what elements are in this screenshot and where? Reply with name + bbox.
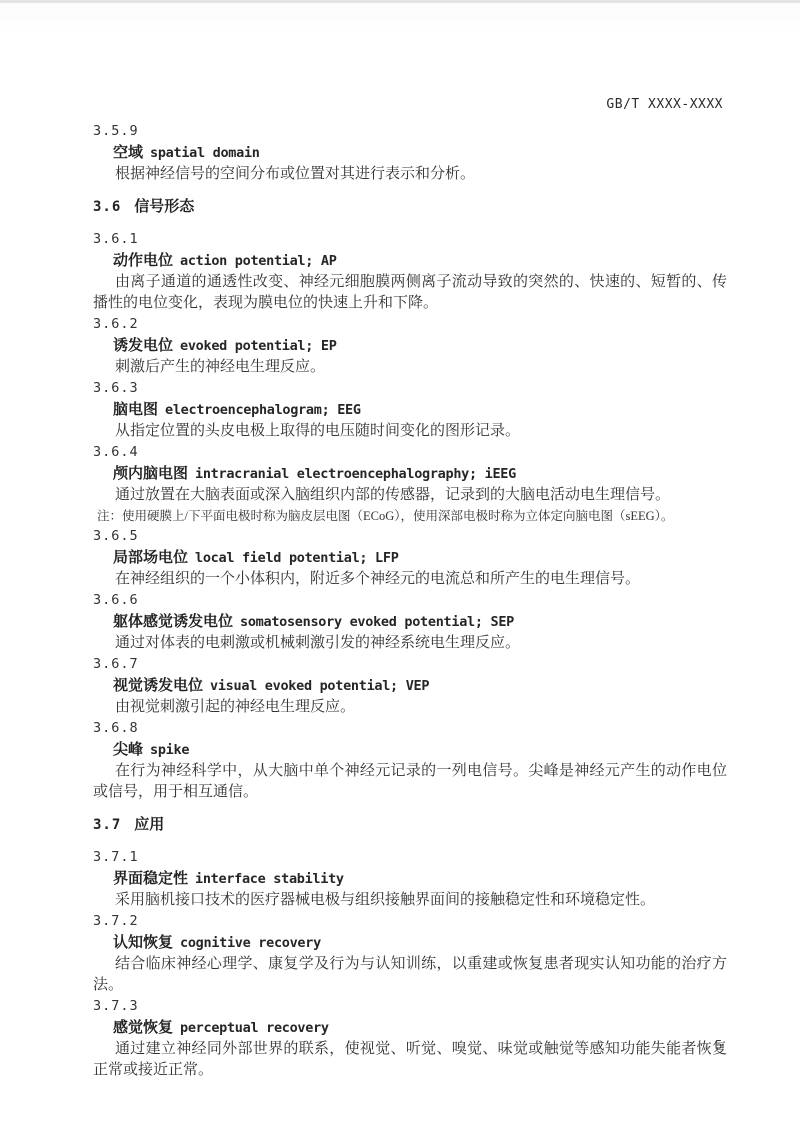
term-entry: 3.6.2 诱发电位evoked potential; EP 刺激后产生的神经电… (93, 314, 727, 378)
clause-number: 3.7.3 (93, 996, 727, 1017)
term-english: perceptual recovery (180, 1020, 329, 1036)
term-line: 感觉恢复perceptual recovery (93, 1017, 727, 1039)
term-chinese: 诱发电位 (113, 337, 173, 354)
clause-number: 3.6.1 (93, 229, 727, 250)
term-chinese: 局部场电位 (113, 549, 188, 566)
group-heading: 3.6信号形态 (93, 196, 727, 218)
term-chinese: 认知恢复 (113, 934, 173, 951)
group-heading-number: 3.7 (93, 817, 121, 833)
term-line: 脑电图electroencephalogram; EEG (93, 399, 727, 421)
term-line: 动作电位action potential; AP (93, 250, 727, 272)
term-entry: 3.6.1 动作电位action potential; AP 由离子通道的通透性… (93, 229, 727, 314)
term-entry: 3.6.7 视觉诱发电位visual evoked potential; VEP… (93, 654, 727, 718)
group-heading: 3.7应用 (93, 814, 727, 836)
clause-number: 3.7.2 (93, 911, 727, 932)
term-chinese: 感觉恢复 (113, 1019, 173, 1036)
term-line: 诱发电位evoked potential; EP (93, 335, 727, 357)
term-definition: 由视觉刺激引起的神经电生理反应。 (93, 697, 727, 718)
page-number: 5 (715, 1037, 722, 1053)
term-chinese: 脑电图 (113, 401, 158, 418)
term-definition: 在神经组织的一个小体积内，附近多个神经元的电流总和所产生的电生理信号。 (93, 569, 727, 590)
term-entry: 3.7.3 感觉恢复perceptual recovery 通过建立神经同外部世… (93, 996, 727, 1081)
clause-number: 3.6.2 (93, 314, 727, 335)
term-english: electroencephalogram; EEG (165, 402, 361, 418)
term-line: 尖峰spike (93, 739, 727, 761)
term-entry: 3.6.8 尖峰spike 在行为神经科学中，从大脑中单个神经元记录的一列电信号… (93, 718, 727, 803)
term-entry: 3.6.5 局部场电位local field potential; LFP 在神… (93, 526, 727, 590)
clause-number: 3.6.8 (93, 718, 727, 739)
group-heading-number: 3.6 (93, 199, 121, 215)
term-line: 空域spatial domain (93, 142, 727, 164)
term-chinese: 躯体感觉诱发电位 (113, 613, 233, 630)
term-chinese: 空域 (113, 144, 143, 161)
term-entry: 3.6.4 颅内脑电图intracranial electroencephalo… (93, 442, 727, 526)
term-english: somatosensory evoked potential; SEP (240, 614, 514, 630)
document-page: GB/T XXXX-XXXX 3.5.9 空域spatial domain 根据… (0, 0, 800, 1131)
terminology-content: 3.5.9 空域spatial domain 根据神经信号的空间分布或位置对其进… (93, 121, 727, 1081)
term-english: evoked potential; EP (180, 338, 337, 354)
clause-number: 3.7.1 (93, 847, 727, 868)
term-note: 注：使用硬膜上/下平面电极时称为脑皮层电图（ECoG），使用深部电极时称为立体定… (93, 506, 727, 526)
term-chinese: 界面稳定性 (113, 870, 188, 887)
term-chinese: 尖峰 (113, 741, 143, 758)
term-chinese: 动作电位 (113, 252, 173, 269)
term-english: spike (150, 742, 189, 758)
term-definition: 从指定位置的头皮电极上取得的电压随时间变化的图形记录。 (93, 421, 727, 442)
term-english: spatial domain (150, 145, 260, 161)
term-english: action potential; AP (180, 253, 337, 269)
term-english: visual evoked potential; VEP (210, 678, 429, 694)
term-definition: 通过对体表的电刺激或机械刺激引发的神经系统电生理反应。 (93, 633, 727, 654)
term-definition: 由离子通道的通透性改变、神经元细胞膜两侧离子流动导致的突然的、快速的、短暂的、传… (93, 272, 727, 314)
term-definition: 通过建立神经同外部世界的联系，使视觉、听觉、嗅觉、味觉或触觉等感知功能失能者恢复… (93, 1039, 727, 1081)
term-line: 认知恢复cognitive recovery (93, 932, 727, 954)
term-line: 界面稳定性interface stability (93, 868, 727, 890)
term-line: 视觉诱发电位visual evoked potential; VEP (93, 675, 727, 697)
term-entry: 3.6.6 躯体感觉诱发电位somatosensory evoked poten… (93, 590, 727, 654)
group-heading-title: 信号形态 (134, 198, 194, 215)
clause-number: 3.6.3 (93, 378, 727, 399)
term-definition: 根据神经信号的空间分布或位置对其进行表示和分析。 (93, 164, 727, 185)
term-line: 躯体感觉诱发电位somatosensory evoked potential; … (93, 611, 727, 633)
clause-number: 3.6.4 (93, 442, 727, 463)
term-definition: 结合临床神经心理学、康复学及行为与认知训练，以重建或恢复患者现实认知功能的治疗方… (93, 954, 727, 996)
term-definition: 在行为神经科学中，从大脑中单个神经元记录的一列电信号。尖峰是神经元产生的动作电位… (93, 761, 727, 803)
clause-number: 3.6.5 (93, 526, 727, 547)
group-heading-title: 应用 (134, 816, 164, 833)
clause-number: 3.6.7 (93, 654, 727, 675)
term-english: interface stability (195, 871, 344, 887)
term-line: 局部场电位local field potential; LFP (93, 547, 727, 569)
term-chinese: 颅内脑电图 (113, 465, 188, 482)
term-entry: 3.6.3 脑电图electroencephalogram; EEG 从指定位置… (93, 378, 727, 442)
standard-code-header: GB/T XXXX-XXXX (606, 97, 723, 112)
term-definition: 通过放置在大脑表面或深入脑组织内部的传感器，记录到的大脑电活动电生理信号。 (93, 485, 727, 506)
term-entry: 3.5.9 空域spatial domain 根据神经信号的空间分布或位置对其进… (93, 121, 727, 185)
term-chinese: 视觉诱发电位 (113, 677, 203, 694)
term-definition: 采用脑机接口技术的医疗器械电极与组织接触界面间的接触稳定性和环境稳定性。 (93, 890, 727, 911)
term-english: intracranial electroencephalography; iEE… (195, 466, 516, 482)
scan-top-edge (0, 0, 800, 3)
clause-number: 3.6.6 (93, 590, 727, 611)
term-english: local field potential; LFP (195, 550, 399, 566)
term-definition: 刺激后产生的神经电生理反应。 (93, 357, 727, 378)
clause-number: 3.5.9 (93, 121, 727, 142)
term-english: cognitive recovery (180, 935, 321, 951)
term-entry: 3.7.2 认知恢复cognitive recovery 结合临床神经心理学、康… (93, 911, 727, 996)
term-line: 颅内脑电图intracranial electroencephalography… (93, 463, 727, 485)
term-entry: 3.7.1 界面稳定性interface stability 采用脑机接口技术的… (93, 847, 727, 911)
